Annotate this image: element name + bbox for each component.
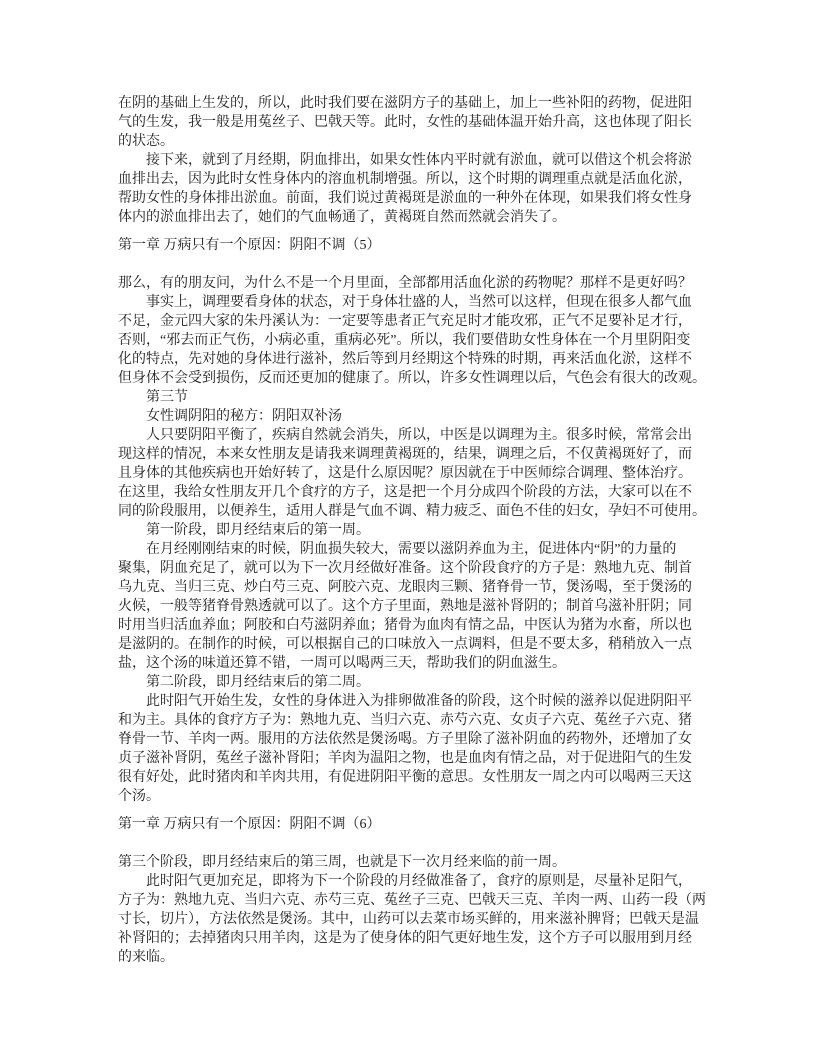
body-paragraph: 此时阳气开始生发，女性的身体进入为排卵做准备的阶段，这个时候的滋养以促进阴阳平 …	[118, 692, 714, 806]
body-paragraph: 事实上，调理要看身体的状态，对于身体壮盛的人，当然可以这样，但现在很多人都气血 …	[118, 293, 714, 388]
body-paragraph: 第三个阶段，即月经结束后的第三周，也就是下一次月经来临的前一周。	[118, 853, 714, 872]
body-paragraph: 在月经刚刚结束的时候，阴血损失较大，需要以滋阴养血为主，促进体内“阴”的力量的 …	[118, 540, 714, 673]
body-paragraph: 那么，有的朋友问，为什么不是一个月里面，全部都用活血化淤的药物呢？那样不是更好吗…	[118, 274, 714, 293]
page-text-block: 在阴的基础上生发的，所以，此时我们要在滋阴方子的基础上，加上一些补阳的药物，促进…	[118, 94, 714, 967]
body-paragraph: 在阴的基础上生发的，所以，此时我们要在滋阴方子的基础上，加上一些补阳的药物，促进…	[118, 94, 714, 151]
document-page: 在阴的基础上生发的，所以，此时我们要在滋阴方子的基础上，加上一些补阳的药物，促进…	[0, 0, 816, 1056]
body-paragraph: 第一阶段，即月经结束后的第一周。	[118, 521, 714, 540]
body-paragraph: 人只要阴阳平衡了，疾病自然就会消失，所以，中医是以调理为主。很多时候，常常会出 …	[118, 426, 714, 521]
body-paragraph: 第三节	[118, 388, 714, 407]
chapter-heading: 第一章 万病只有一个原因：阴阳不调（6）	[118, 815, 714, 834]
body-paragraph: 女性调阴阳的秘方：阴阳双补汤	[118, 407, 714, 426]
body-paragraph: 第二阶段，即月经结束后的第二周。	[118, 673, 714, 692]
chapter-heading: 第一章 万病只有一个原因：阴阳不调（5）	[118, 236, 714, 255]
body-paragraph: 接下来，就到了月经期，阴血排出，如果女性体内平时就有淤血，就可以借这个机会将淤 …	[118, 151, 714, 227]
body-paragraph: 此时阳气更加充足，即将为下一个阶段的月经做准备了，食疗的原则是，尽量补足阳气， …	[118, 872, 714, 967]
